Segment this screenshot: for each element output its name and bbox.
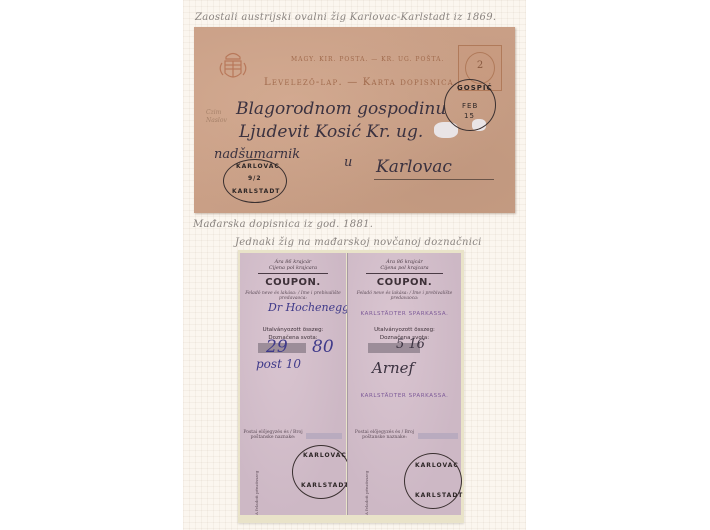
caption-postcard: Mađarska dopisnica iz god. 1881.: [193, 219, 373, 230]
coupon-vertical-text: A feladott pénzösszeg: [254, 465, 259, 515]
postmark-gospic: GOSPIĆ FEB 15: [444, 79, 496, 131]
coupon-price: Ára 86 krajcár Cijena pol krajcara: [240, 259, 346, 271]
coat-of-arms-icon: [216, 49, 250, 85]
coupon-price: Ára 86 krajcár Cijena pol krajcara: [348, 259, 461, 271]
address-line-5: Karlovac: [376, 157, 452, 177]
address-label-hr: Naslov: [206, 117, 227, 124]
coupon-rule: [258, 273, 328, 274]
stamp-value: 2: [459, 60, 501, 71]
coupon-footer: Postai előjegyzés és / Broj poštanske na…: [240, 430, 306, 440]
coupon-footer: Postai előjegyzés és / Broj poštanske na…: [348, 430, 421, 440]
postcard: MAGY. KIR. POSTA. — KR. UG. POŠTA. Level…: [194, 27, 515, 213]
postcard-header-title: Levelező-lap. — Karta dopisnica.: [264, 77, 458, 88]
coupon-note: post 10: [256, 357, 301, 371]
postcard-header-small: MAGY. KIR. POSTA. — KR. UG. POŠTA.: [291, 56, 444, 63]
coupon-title: COUPON.: [240, 277, 346, 288]
caption-money-order: Jednaki žig na mađarskoj novčanoj doznač…: [235, 237, 482, 248]
coupon-left: Ára 86 krajcár Cijena pol krajcara COUPO…: [240, 253, 346, 515]
address-line-2: Ljudevit Kosić Kr. ug.: [239, 122, 423, 142]
reference-box: [418, 433, 458, 439]
address-line-4: u: [344, 155, 352, 170]
coupon-subtitle: Feladó neve és lakása: / Ime i prebivali…: [348, 291, 461, 301]
coupon-subtitle: Feladó neve és lakása: / Ime i prebivali…: [240, 291, 346, 301]
postmark-karlovac: KARLOVAC 9/2 KARLSTADT: [223, 159, 287, 203]
coupon-sender-stamp: KARLSTÄDTER SPARKASSA.: [354, 311, 455, 317]
coupon-postmark-right: KARLOVAC KARLSTADT: [404, 453, 462, 509]
caption-postmark: Zaostali austrijski ovalni žig Karlovac-…: [195, 12, 496, 23]
address-underline: [374, 179, 494, 180]
amount-value: 5 16: [396, 337, 425, 352]
coupon-postmark-left: KARLOVAC KARLSTADT: [292, 445, 350, 499]
amount-forint: 29: [266, 337, 288, 357]
reference-box: [306, 433, 342, 439]
coupon-sender-stamp-repeat: KARLSTÄDTER SPARKASSA.: [354, 393, 455, 399]
coupon-title: COUPON.: [348, 277, 461, 288]
coupon-vertical-text: A feladott pénzösszeg: [364, 465, 369, 515]
coupon-right: Ára 86 krajcár Cijena pol krajcara COUPO…: [347, 253, 461, 515]
coupon-rule: [366, 273, 443, 274]
amount-kr: 80: [312, 337, 334, 357]
coupon-signature: Arnef: [372, 359, 414, 377]
address-line-1: Blagorodnom gospodinu: [236, 99, 446, 119]
address-label-hu: Czim: [206, 109, 221, 116]
